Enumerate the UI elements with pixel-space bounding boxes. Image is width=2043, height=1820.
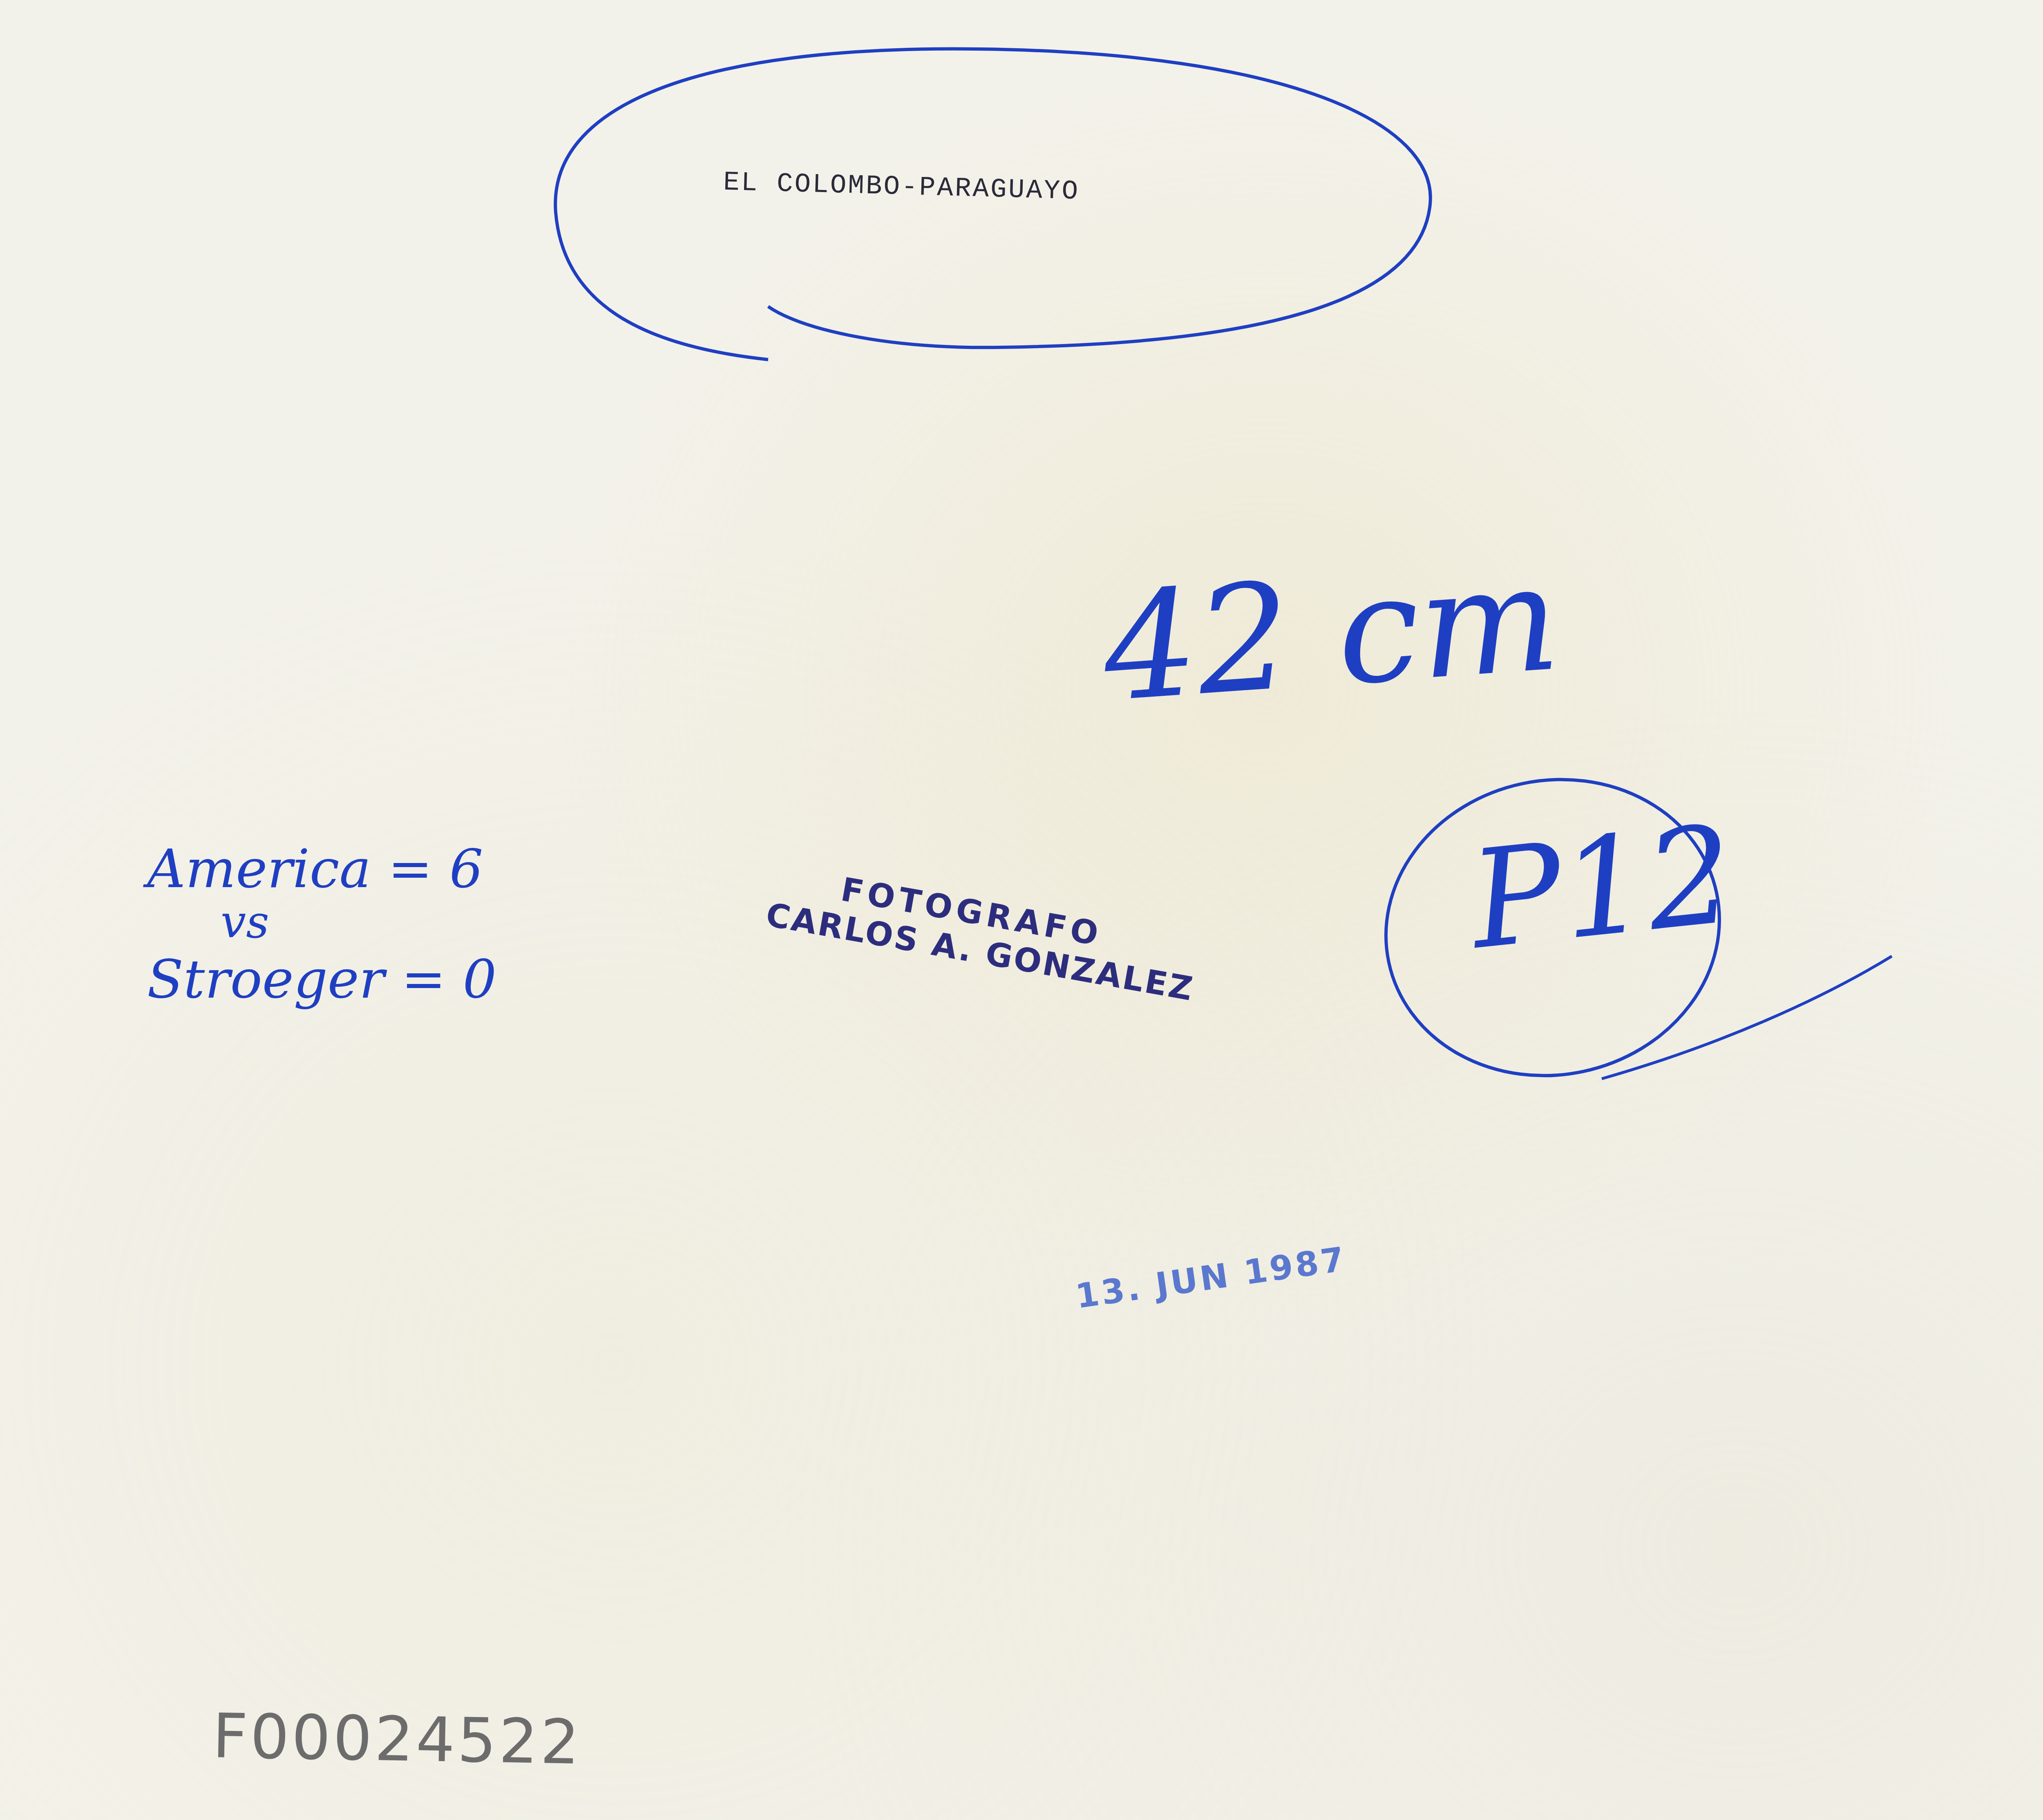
score-line-1: America = 6 xyxy=(147,838,496,900)
handwritten-size: 42 cm xyxy=(1098,532,1565,735)
score-line-2: vs xyxy=(221,896,496,948)
archive-id: F00024522 xyxy=(212,1701,583,1778)
handwritten-score: America = 6 vs Stroeger = 0 xyxy=(147,838,496,1010)
handwritten-page-ref: P12 xyxy=(1464,796,1741,979)
score-line-3: Stroeger = 0 xyxy=(147,948,496,1010)
